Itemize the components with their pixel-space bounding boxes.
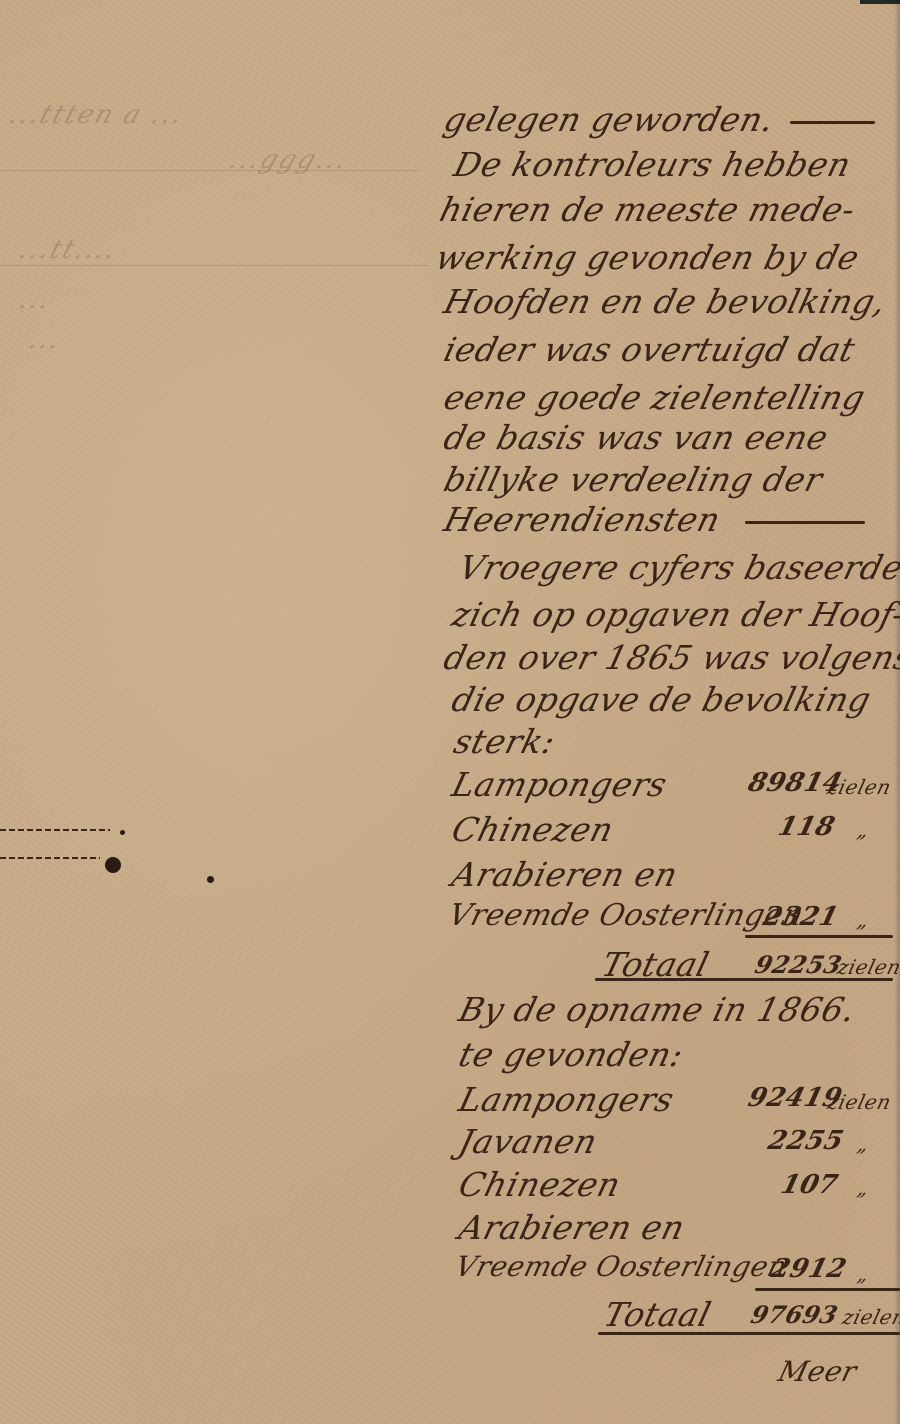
bleed-through-line: ...ttten a ... [5,100,188,130]
table-row-label: Vreemde Oosterlingen [445,898,807,933]
body-line: de basis was van eene [440,418,832,457]
total-unit: zielen [840,1305,900,1329]
total-double-rule [598,1332,900,1335]
table-row-unit: „ [855,1262,872,1286]
table-row-unit: „ [855,818,872,842]
body-line: ieder was overtuigd dat [440,330,859,369]
total-value: 92253 [752,950,845,979]
body-line: gelegen geworden. [440,100,778,139]
table-row-label: Chinezen [455,1165,625,1204]
body-line: By de opname in 1866. [455,990,860,1029]
bleed-through-line: ... [15,285,56,315]
table-row-label: Lampongers [455,1080,678,1119]
table-row-unit: zielen [825,1090,894,1114]
bleed-through-line: ...tt.... [15,235,121,265]
total-unit: zielen [835,955,900,979]
ink-dot [207,876,214,883]
body-line: Hoofden en de bevolking, [440,282,890,321]
table-row-value: 107 [778,1170,841,1200]
bleed-through-rule [0,170,420,171]
line-end-rule [790,121,875,124]
bleed-through-line: ... [25,325,66,355]
margin-ink-stroke [0,829,110,831]
line-end-rule [745,521,865,524]
body-line: hieren de meeste mede- [436,190,859,229]
table-row-value: 2255 [765,1126,847,1156]
body-line: Heerendiensten [440,500,725,539]
body-line: billyke verdeeling der [440,460,827,499]
document-page: ...ttten a ... ...ggg... ...tt.... ... .… [0,0,900,1424]
table-row-value: 2912 [768,1254,850,1284]
table-row-value: 118 [775,812,838,842]
body-line: werking gevonden by de [432,238,863,277]
table-row-unit: zielen [825,775,894,799]
body-line: Vroegere cyfers baseerden [455,548,900,587]
table-row-unit: „ [855,1132,872,1156]
total-value: 97693 [748,1300,841,1329]
table-row-unit: „ [855,1176,872,1200]
ink-blot [105,857,121,873]
table-row-label: Vreemde Oosterlingen [452,1250,791,1283]
body-line: eene goede zielentelling [440,378,869,417]
body-line: die opgave de bevolking [448,680,875,719]
margin-ink-stroke [0,857,100,859]
body-line: den over 1865 was volgens [440,638,900,677]
body-line: te gevonden: [455,1035,687,1074]
body-line: zich op opgaven der Hoof- [448,595,900,634]
table-row-unit: „ [855,908,872,932]
body-line: De kontroleurs hebben [450,145,855,184]
sum-rule [745,935,893,938]
table-row-label: Arabieren en [448,855,682,894]
bleed-through-rule [0,265,430,266]
ink-dot [120,830,125,835]
catchword: Meer [775,1355,860,1388]
body-line: sterk: [450,722,559,761]
table-row-label: Chinezen [448,810,618,849]
table-row-value: 2321 [760,902,842,932]
table-row-label: Javanen [455,1122,601,1161]
table-row-label: Lampongers [448,765,671,804]
sum-rule [755,1288,900,1291]
table-row-label: Arabieren en [455,1208,689,1247]
total-double-rule [595,978,893,981]
total-label: Totaal [600,1295,715,1334]
page-edge-shadow [894,0,900,1424]
